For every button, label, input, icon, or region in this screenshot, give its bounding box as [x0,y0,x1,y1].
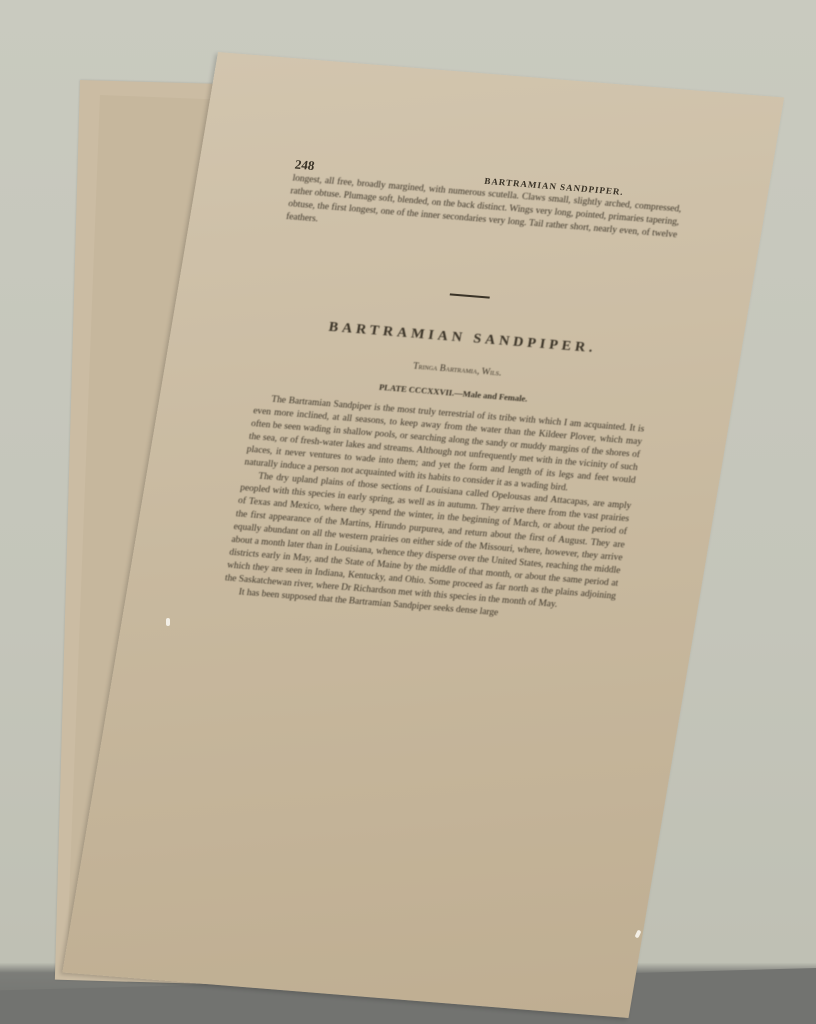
dust-speck [166,618,170,626]
section-divider [450,293,490,298]
page-number: 248 [294,157,316,174]
page-content: 248 BARTRAMIAN SANDPIPER. longest, all f… [222,157,685,630]
